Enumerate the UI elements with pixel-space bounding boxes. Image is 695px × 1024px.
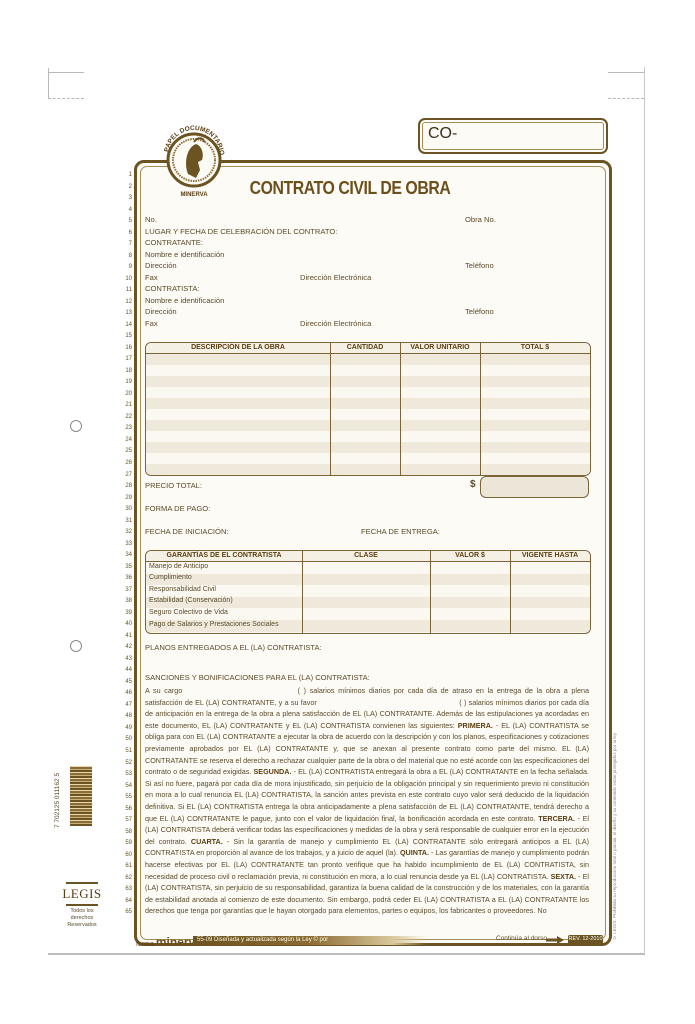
line-number: 45	[118, 679, 132, 685]
line-number: 13	[118, 310, 132, 316]
line-number: 52	[118, 760, 132, 766]
table-row[interactable]: Estabilidad (Conservación)	[149, 597, 233, 604]
col-clase: CLASE	[302, 551, 430, 561]
clauses-paragraph: A su cargo ( ) salarios mínimos diarios …	[145, 685, 589, 917]
contratante-fax-field[interactable]: Fax	[145, 273, 158, 282]
line-number: 17	[118, 356, 132, 362]
clause-cuarta-label: CUARTA.	[191, 837, 223, 846]
planos-field[interactable]: PLANOS ENTREGADOS A EL (LA) CONTRATISTA:	[145, 643, 322, 652]
barcode-number: 7 702125 011162 5	[54, 766, 61, 828]
sanciones-heading: SANCIONES Y BONIFICACIONES PARA EL (LA) …	[145, 673, 370, 682]
table-row[interactable]: Manejo de Anticipo	[149, 563, 208, 570]
page-title: CONTRATO CIVIL DE OBRA	[244, 178, 455, 199]
line-number: 20	[118, 391, 132, 397]
line-number: 32	[118, 529, 132, 535]
forma-pago-field[interactable]: FORMA DE PAGO:	[145, 504, 210, 513]
line-number: 48	[118, 713, 132, 719]
line-number: 14	[118, 322, 132, 328]
contratista-telefono-field[interactable]: Teléfono	[465, 307, 494, 316]
line-number: 10	[118, 276, 132, 282]
line-number: 61	[118, 863, 132, 869]
obra-no-field[interactable]: Obra No.	[465, 215, 496, 224]
no-field[interactable]: No.	[145, 215, 157, 224]
crop-mark	[48, 68, 49, 98]
obra-table: DESCRIPCIÓN DE LA OBRA CANTIDAD VALOR UN…	[145, 342, 591, 476]
line-number: 2	[118, 184, 132, 190]
table-row[interactable]: Seguro Colectivo de Vida	[149, 609, 228, 616]
table-row[interactable]	[146, 464, 590, 475]
line-number: 53	[118, 771, 132, 777]
line-number: 3	[118, 195, 132, 201]
contratante-heading: CONTRATANTE:	[145, 238, 203, 247]
line-number: 31	[118, 518, 132, 524]
line-number: 33	[118, 541, 132, 547]
line-number: 39	[118, 610, 132, 616]
contratante-email-field[interactable]: Dirección Electrónica	[300, 273, 371, 282]
line-number: 24	[118, 437, 132, 443]
line-number: 51	[118, 748, 132, 754]
line-number: 28	[118, 483, 132, 489]
line-number: 41	[118, 633, 132, 639]
currency-symbol: $	[470, 479, 476, 490]
barcode-icon	[70, 766, 92, 826]
line-number: 44	[118, 667, 132, 673]
line-number: 58	[118, 829, 132, 835]
line-number: 62	[118, 875, 132, 881]
code-prefix: CO-	[428, 125, 457, 143]
line-number: 35	[118, 564, 132, 570]
line-number: 27	[118, 472, 132, 478]
clause-tercera-label: TERCERA.	[538, 814, 575, 823]
col-vigente: VIGENTE HASTA	[510, 551, 590, 561]
line-number: 25	[118, 448, 132, 454]
contratista-fax-field[interactable]: Fax	[145, 319, 158, 328]
minerva-helmet-seal-icon: PAPEL DOCUMENTARIO MINERVA	[158, 112, 230, 200]
copyright-vertical-notice: © LEGIS. Prohibida su reproducción total…	[612, 500, 620, 940]
contratista-direccion-field[interactable]: Dirección	[145, 307, 177, 316]
precio-total-field[interactable]	[480, 476, 589, 498]
table-row[interactable]	[146, 398, 590, 409]
lugar-fecha-field[interactable]: LUGAR Y FECHA DE CELEBRACIÓN DEL CONTRAT…	[145, 227, 337, 236]
line-number: 46	[118, 690, 132, 696]
line-number: 19	[118, 379, 132, 385]
punch-hole-icon	[70, 420, 82, 432]
table-row[interactable]	[146, 442, 590, 453]
col-valor: VALOR $	[430, 551, 510, 561]
footer-strip: 55-09 Diseñada y actualizada según la Le…	[193, 936, 427, 945]
line-number: 50	[118, 736, 132, 742]
line-number: 16	[118, 345, 132, 351]
contratante-direccion-field[interactable]: Dirección	[145, 261, 177, 270]
col-garantias: GARANTÍAS DE EL CONTRATISTA	[146, 551, 302, 561]
precio-total-label: PRECIO TOTAL:	[145, 481, 202, 490]
line-number: 12	[118, 299, 132, 305]
contratista-nombre-field[interactable]: Nombre e identificación	[145, 296, 224, 305]
line-number: 64	[118, 898, 132, 904]
clause-segunda-label: SEGUNDA.	[254, 767, 292, 776]
line-number: 54	[118, 783, 132, 789]
line-number: 43	[118, 656, 132, 662]
crop-mark	[608, 98, 644, 99]
line-number: 56	[118, 806, 132, 812]
line-number: 47	[118, 702, 132, 708]
table-row[interactable]: Cumplimiento	[149, 574, 192, 581]
col-valor-unitario: VALOR UNITARIO	[400, 343, 480, 353]
line-number: 29	[118, 495, 132, 501]
line-number: 4	[118, 207, 132, 213]
line-number: 1	[118, 172, 132, 178]
punch-hole-icon	[70, 640, 82, 652]
contratista-email-field[interactable]: Dirección Electrónica	[300, 319, 371, 328]
line-number: 26	[118, 460, 132, 466]
footer-brand: forma minerva	[136, 935, 202, 949]
contract-code-field[interactable]: CO-	[418, 118, 608, 154]
line-number: 65	[118, 909, 132, 915]
line-number: 18	[118, 368, 132, 374]
line-number: 36	[118, 575, 132, 581]
crop-mark	[48, 72, 84, 73]
fecha-iniciacion-field[interactable]: FECHA DE INICIACIÓN:	[145, 527, 229, 536]
line-number: 7	[118, 241, 132, 247]
line-number: 59	[118, 840, 132, 846]
col-cantidad: CANTIDAD	[330, 343, 400, 353]
crop-mark	[608, 72, 644, 73]
line-number: 5	[118, 218, 132, 224]
line-number: 6	[118, 230, 132, 236]
line-number: 8	[118, 253, 132, 259]
contratante-telefono-field[interactable]: Teléfono	[465, 261, 494, 270]
line-number: 30	[118, 506, 132, 512]
table-row[interactable]: Pago de Salarios y Prestaciones Sociales	[149, 621, 279, 628]
clause-sexta-label: SEXTA.	[551, 872, 576, 881]
continua-dorso-label: Continúa al dorso	[496, 935, 547, 942]
garantias-table: GARANTÍAS DE EL CONTRATISTA CLASE VALOR …	[145, 550, 591, 634]
line-number: 42	[118, 644, 132, 650]
contratante-nombre-field[interactable]: Nombre e identificación	[145, 250, 224, 259]
clause-primera-label: PRIMERA.	[458, 721, 493, 730]
line-number: 38	[118, 598, 132, 604]
contratista-heading: CONTRATISTA:	[145, 284, 200, 293]
table-row[interactable]	[146, 354, 590, 365]
line-number: 37	[118, 587, 132, 593]
arrow-right-icon	[546, 936, 564, 944]
line-number: 63	[118, 886, 132, 892]
line-number: 57	[118, 817, 132, 823]
crop-mark	[48, 98, 84, 99]
line-number: 9	[118, 264, 132, 270]
line-number: 21	[118, 402, 132, 408]
fecha-entrega-field[interactable]: FECHA DE ENTREGA:	[361, 527, 440, 536]
table-row[interactable]	[146, 420, 590, 431]
svg-text:MINERVA: MINERVA	[180, 192, 208, 198]
line-number: 22	[118, 414, 132, 420]
line-number: 11	[118, 287, 132, 293]
publisher-name: LEGIS	[62, 886, 102, 902]
rights-notice: Todos los derechos Reservados	[62, 908, 102, 929]
col-total: TOTAL $	[480, 343, 590, 353]
revision-badge: REV. 12-2010	[568, 935, 603, 944]
line-number: 60	[118, 852, 132, 858]
legis-logo: LEGIS Todos los derechos Reservados	[62, 880, 102, 929]
line-number: 15	[118, 333, 132, 339]
table-row[interactable]: Responsabilidad Civil	[149, 586, 216, 593]
col-descripcion: DESCRIPCIÓN DE LA OBRA	[146, 343, 330, 353]
line-number: 40	[118, 621, 132, 627]
line-number: 55	[118, 794, 132, 800]
line-number: 49	[118, 725, 132, 731]
clause-quinta-label: QUINTA.	[400, 848, 429, 857]
line-number: 34	[118, 552, 132, 558]
line-number: 23	[118, 425, 132, 431]
table-row[interactable]	[146, 376, 590, 387]
